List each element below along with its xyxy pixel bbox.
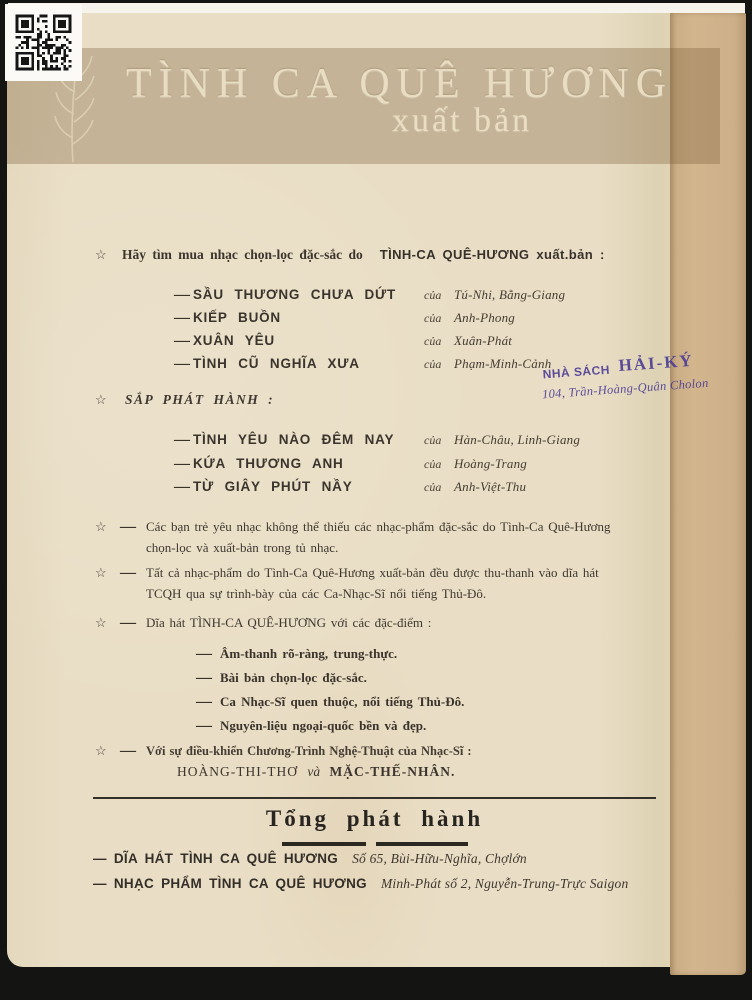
- song-authors: Phạm-Minh-Cảnh: [454, 356, 551, 372]
- conductor-text: Với sự điều-khiển Chương-Trình Nghệ-Thuậ…: [146, 744, 472, 759]
- song-title: TÌNH CŨ NGHĨA XƯA: [193, 356, 424, 371]
- by-label: của: [424, 334, 454, 349]
- dash-icon: —: [196, 669, 212, 687]
- conductor-name-1: HOÀNG-THI-THƠ: [177, 764, 298, 779]
- note-paragraph: ☆ — Dĩa hát TÌNH-CA QUÊ-HƯƠNG với các đặ…: [95, 612, 674, 633]
- distribution-heading: Tổng phát hành: [93, 806, 656, 832]
- dash-icon: —: [174, 286, 193, 304]
- song-title: KIẾP BUỒN: [193, 310, 424, 325]
- by-label: của: [424, 480, 454, 495]
- note-text: Dĩa hát TÌNH-CA QUÊ-HƯƠNG với các đặc-đi…: [146, 612, 674, 633]
- song-authors: Tú-Nhi, Bằng-Giang: [454, 287, 565, 303]
- upcoming-heading-text: SẮP PHÁT HÀNH :: [125, 392, 274, 408]
- scanned-back-cover: { "glyphs": { "star": "☆", "dash": "—" }…: [0, 0, 752, 1000]
- star-icon: ☆: [95, 615, 111, 631]
- by-label: của: [424, 457, 454, 472]
- star-icon: ☆: [95, 519, 111, 535]
- song-row: — KIẾP BUỒN của Anh-Phong: [174, 309, 674, 327]
- feature-text: Nguyên-liệu ngoại-quốc bền và đẹp.: [220, 718, 426, 734]
- dash-icon: —: [120, 742, 137, 760]
- song-authors: Anh-Phong: [454, 310, 515, 326]
- banner-title: TÌNH CA QUÊ HƯƠNG: [126, 60, 673, 108]
- note-text: Các bạn trẻ yêu nhạc không thể thiếu các…: [146, 516, 674, 558]
- song-row: — XUÂN YÊU của Xuân-Phát: [174, 332, 674, 350]
- feature-text: Âm-thanh rõ-ràng, trung-thực.: [220, 646, 397, 662]
- song-authors: Xuân-Phát: [454, 333, 512, 349]
- distribution-address: Minh-Phát số 2, Nguyễn-Trung-Trực Saigon: [381, 876, 629, 892]
- by-label: của: [424, 433, 454, 448]
- dash-icon: —: [174, 355, 193, 373]
- song-authors: Hoàng-Trang: [454, 456, 527, 472]
- distribution-row: — NHẠC PHẨM TÌNH CA QUÊ HƯƠNG Minh-Phát …: [93, 876, 628, 892]
- star-icon: ☆: [95, 743, 111, 759]
- intro-brand: TÌNH-CA QUÊ-HƯƠNG xuất.bản :: [380, 247, 605, 262]
- song-title: TÌNH YÊU NÀO ĐÊM NAY: [193, 432, 424, 447]
- dash-icon: —: [174, 478, 193, 496]
- note-paragraph: ☆ — Các bạn trẻ yêu nhạc không thể thiếu…: [95, 516, 674, 558]
- song-row: — SẦU THƯƠNG CHƯA DỨT của Tú-Nhi, Bằng-G…: [174, 286, 674, 304]
- distribution-label: — NHẠC PHẨM TÌNH CA QUÊ HƯƠNG: [93, 876, 367, 891]
- distribution-label: — DĨA HÁT TÌNH CA QUÊ HƯƠNG: [93, 851, 338, 866]
- conductor-names: HOÀNG-THI-THƠ và MẶC-THẾ-NHÂN.: [177, 764, 455, 780]
- footer-divider: [93, 797, 656, 799]
- note-text: Tất cả nhạc-phẩm do Tình-Ca Quê-Hương xu…: [146, 562, 674, 604]
- dash-icon: —: [120, 564, 137, 582]
- distribution-row: — DĨA HÁT TÌNH CA QUÊ HƯƠNG Số 65, Bùi-H…: [93, 851, 527, 867]
- song-row: — TÌNH YÊU NÀO ĐÊM NAY của Hàn-Châu, Lin…: [174, 431, 674, 449]
- dash-icon: —: [120, 518, 137, 536]
- qr-code: [5, 4, 82, 81]
- dash-icon: —: [174, 309, 193, 327]
- dash-icon: —: [120, 614, 137, 632]
- feature-text: Ca Nhạc-Sĩ quen thuộc, nổi tiếng Thủ-Đô.: [220, 694, 464, 710]
- distribution-address: Số 65, Bùi-Hữu-Nghĩa, Chợlớn: [352, 851, 527, 867]
- star-icon: ☆: [95, 565, 111, 581]
- song-authors: Hàn-Châu, Linh-Giang: [454, 432, 580, 448]
- dash-icon: —: [174, 455, 193, 473]
- heading-underline: [93, 842, 656, 846]
- song-title: XUÂN YÊU: [193, 333, 424, 348]
- feature-item: — Nguyên-liệu ngoại-quốc bền và đẹp.: [196, 717, 426, 735]
- song-row: — KỨA THƯƠNG ANH của Hoàng-Trang: [174, 455, 674, 473]
- feature-text: Bài bản chọn-lọc đặc-sắc.: [220, 670, 367, 686]
- and-label: và: [307, 764, 320, 779]
- intro-text: Hãy tìm mua nhạc chọn-lọc đặc-sắc do: [122, 247, 363, 263]
- feature-item: — Bài bản chọn-lọc đặc-sắc.: [196, 669, 367, 687]
- star-icon: ☆: [95, 247, 111, 263]
- banner-subtitle: xuất bản: [392, 102, 532, 140]
- by-label: của: [424, 357, 454, 372]
- feature-item: — Ca Nhạc-Sĩ quen thuộc, nổi tiếng Thủ-Đ…: [196, 693, 464, 711]
- song-row: — TỪ GIÂY PHÚT NẦY của Anh-Việt-Thu: [174, 478, 674, 496]
- by-label: của: [424, 311, 454, 326]
- dash-icon: —: [196, 717, 212, 735]
- song-authors: Anh-Việt-Thu: [454, 479, 526, 495]
- song-title: SẦU THƯƠNG CHƯA DỨT: [193, 287, 424, 302]
- dash-icon: —: [174, 431, 193, 449]
- dash-icon: —: [196, 693, 212, 711]
- star-icon: ☆: [95, 392, 111, 408]
- note-paragraph: ☆ — Tất cả nhạc-phẩm do Tình-Ca Quê-Hươn…: [95, 562, 674, 604]
- feature-item: — Âm-thanh rõ-ràng, trung-thực.: [196, 645, 397, 663]
- dash-icon: —: [174, 332, 193, 350]
- song-row: — TÌNH CŨ NGHĨA XƯA của Phạm-Minh-Cảnh: [174, 355, 674, 373]
- upcoming-heading: ☆ SẮP PHÁT HÀNH :: [95, 392, 274, 408]
- scanner-edge-strip: [8, 3, 745, 13]
- intro-line: ☆ Hãy tìm mua nhạc chọn-lọc đặc-sắc do T…: [95, 247, 605, 263]
- song-title: TỪ GIÂY PHÚT NẦY: [193, 479, 424, 494]
- dash-icon: —: [196, 645, 212, 663]
- by-label: của: [424, 288, 454, 303]
- conductor-name-2: MẶC-THẾ-NHÂN.: [329, 764, 455, 779]
- song-title: KỨA THƯƠNG ANH: [193, 456, 424, 471]
- conductor-note: ☆ — Với sự điều-khiển Chương-Trình Nghệ-…: [95, 742, 472, 760]
